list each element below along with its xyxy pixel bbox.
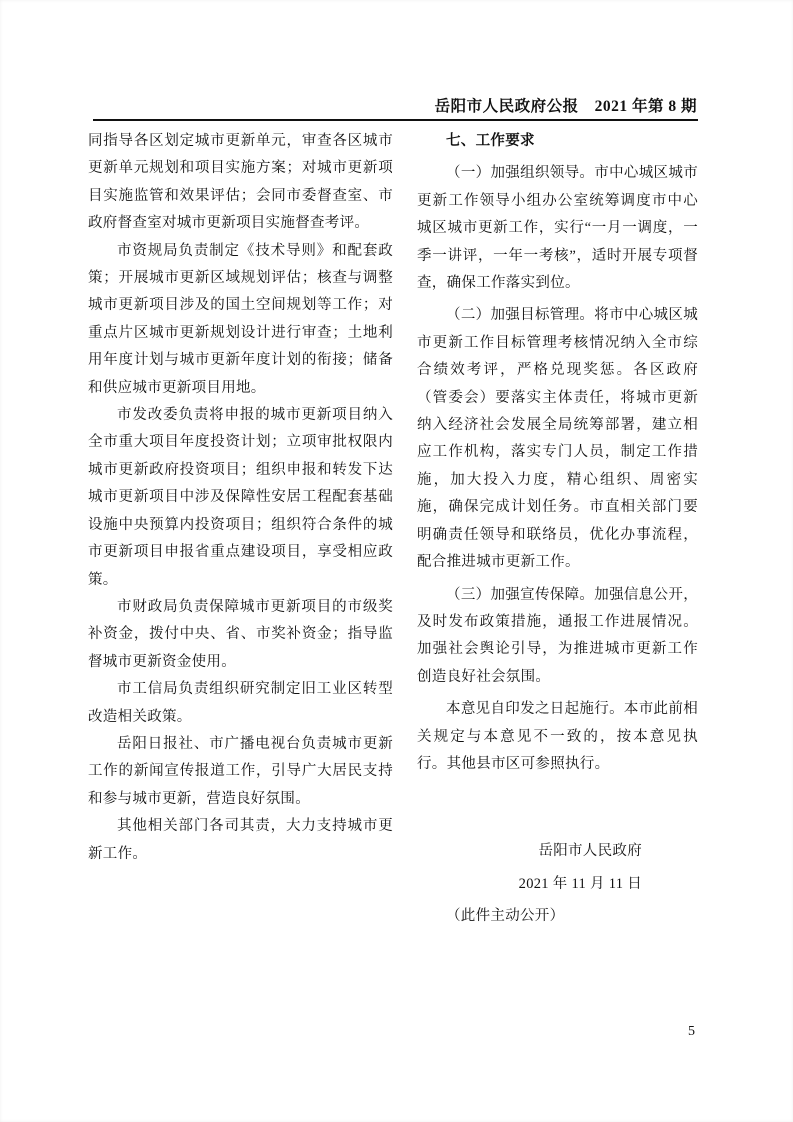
paragraph: 其他相关部门各司其责，大力支持城市更新工作。 <box>88 813 393 868</box>
paragraph: （三）加强宣传保障。加强信息公开，及时发布政策措施，通报工作进展情况。加强社会舆… <box>417 582 698 692</box>
signature-note: （此件主动公开） <box>417 903 698 930</box>
paragraph: 市资规局负责制定《技术导则》和配套政策；开展城市更新区域规划评估；核查与调整城市… <box>88 238 393 402</box>
paragraph: （一）加强组织领导。市中心城区城市更新工作领导小组办公室统筹调度市中心城区城市更… <box>417 160 698 297</box>
section-heading: 七、工作要求 <box>417 128 698 155</box>
paragraph: 本意见自印发之日起施行。本市此前相关规定与本意见不一致的，按本意见执行。其他县市… <box>417 696 698 778</box>
gazette-page: 岳阳市人民政府公报 2021 年第 8 期 同指导各区划定城市更新单元，审查各区… <box>0 0 793 1122</box>
page-number: 5 <box>688 1024 695 1040</box>
paragraph: 市工信局负责组织研究制定旧工业区转型改造相关政策。 <box>88 676 393 731</box>
signature-issuer: 岳阳市人民政府 <box>417 838 698 865</box>
left-column: 同指导各区划定城市更新单元，审查各区城市更新单元规划和项目实施方案；对城市更新项… <box>88 128 393 868</box>
paragraph: 市财政局负责保障城市更新项目的市级奖补资金，拨付中央、省、市奖补资金；指导监督城… <box>88 594 393 676</box>
right-column: 七、工作要求 （一）加强组织领导。市中心城区城市更新工作领导小组办公室统筹调度市… <box>417 128 698 931</box>
paragraph: 岳阳日报社、市广播电视台负责城市更新工作的新闻宣传报道工作，引导广大居民支持和参… <box>88 731 393 813</box>
paragraph-continuation: 同指导各区划定城市更新单元，审查各区城市更新单元规划和项目实施方案；对城市更新项… <box>88 128 393 238</box>
paragraph: 市发改委负责将申报的城市更新项目纳入全市重大项目年度投资计划；立项审批权限内城市… <box>88 402 393 594</box>
masthead-title: 岳阳市人民政府公报 2021 年第 8 期 <box>435 94 697 116</box>
paragraph: （二）加强目标管理。将市中心城区城市更新工作目标管理考核情况纳入全市综合绩效考评… <box>417 302 698 576</box>
masthead-rule <box>93 119 698 121</box>
signature-date: 2021 年 11 月 11 日 <box>417 871 698 898</box>
signature-block: 岳阳市人民政府 2021 年 11 月 11 日 （此件主动公开） <box>417 838 698 930</box>
